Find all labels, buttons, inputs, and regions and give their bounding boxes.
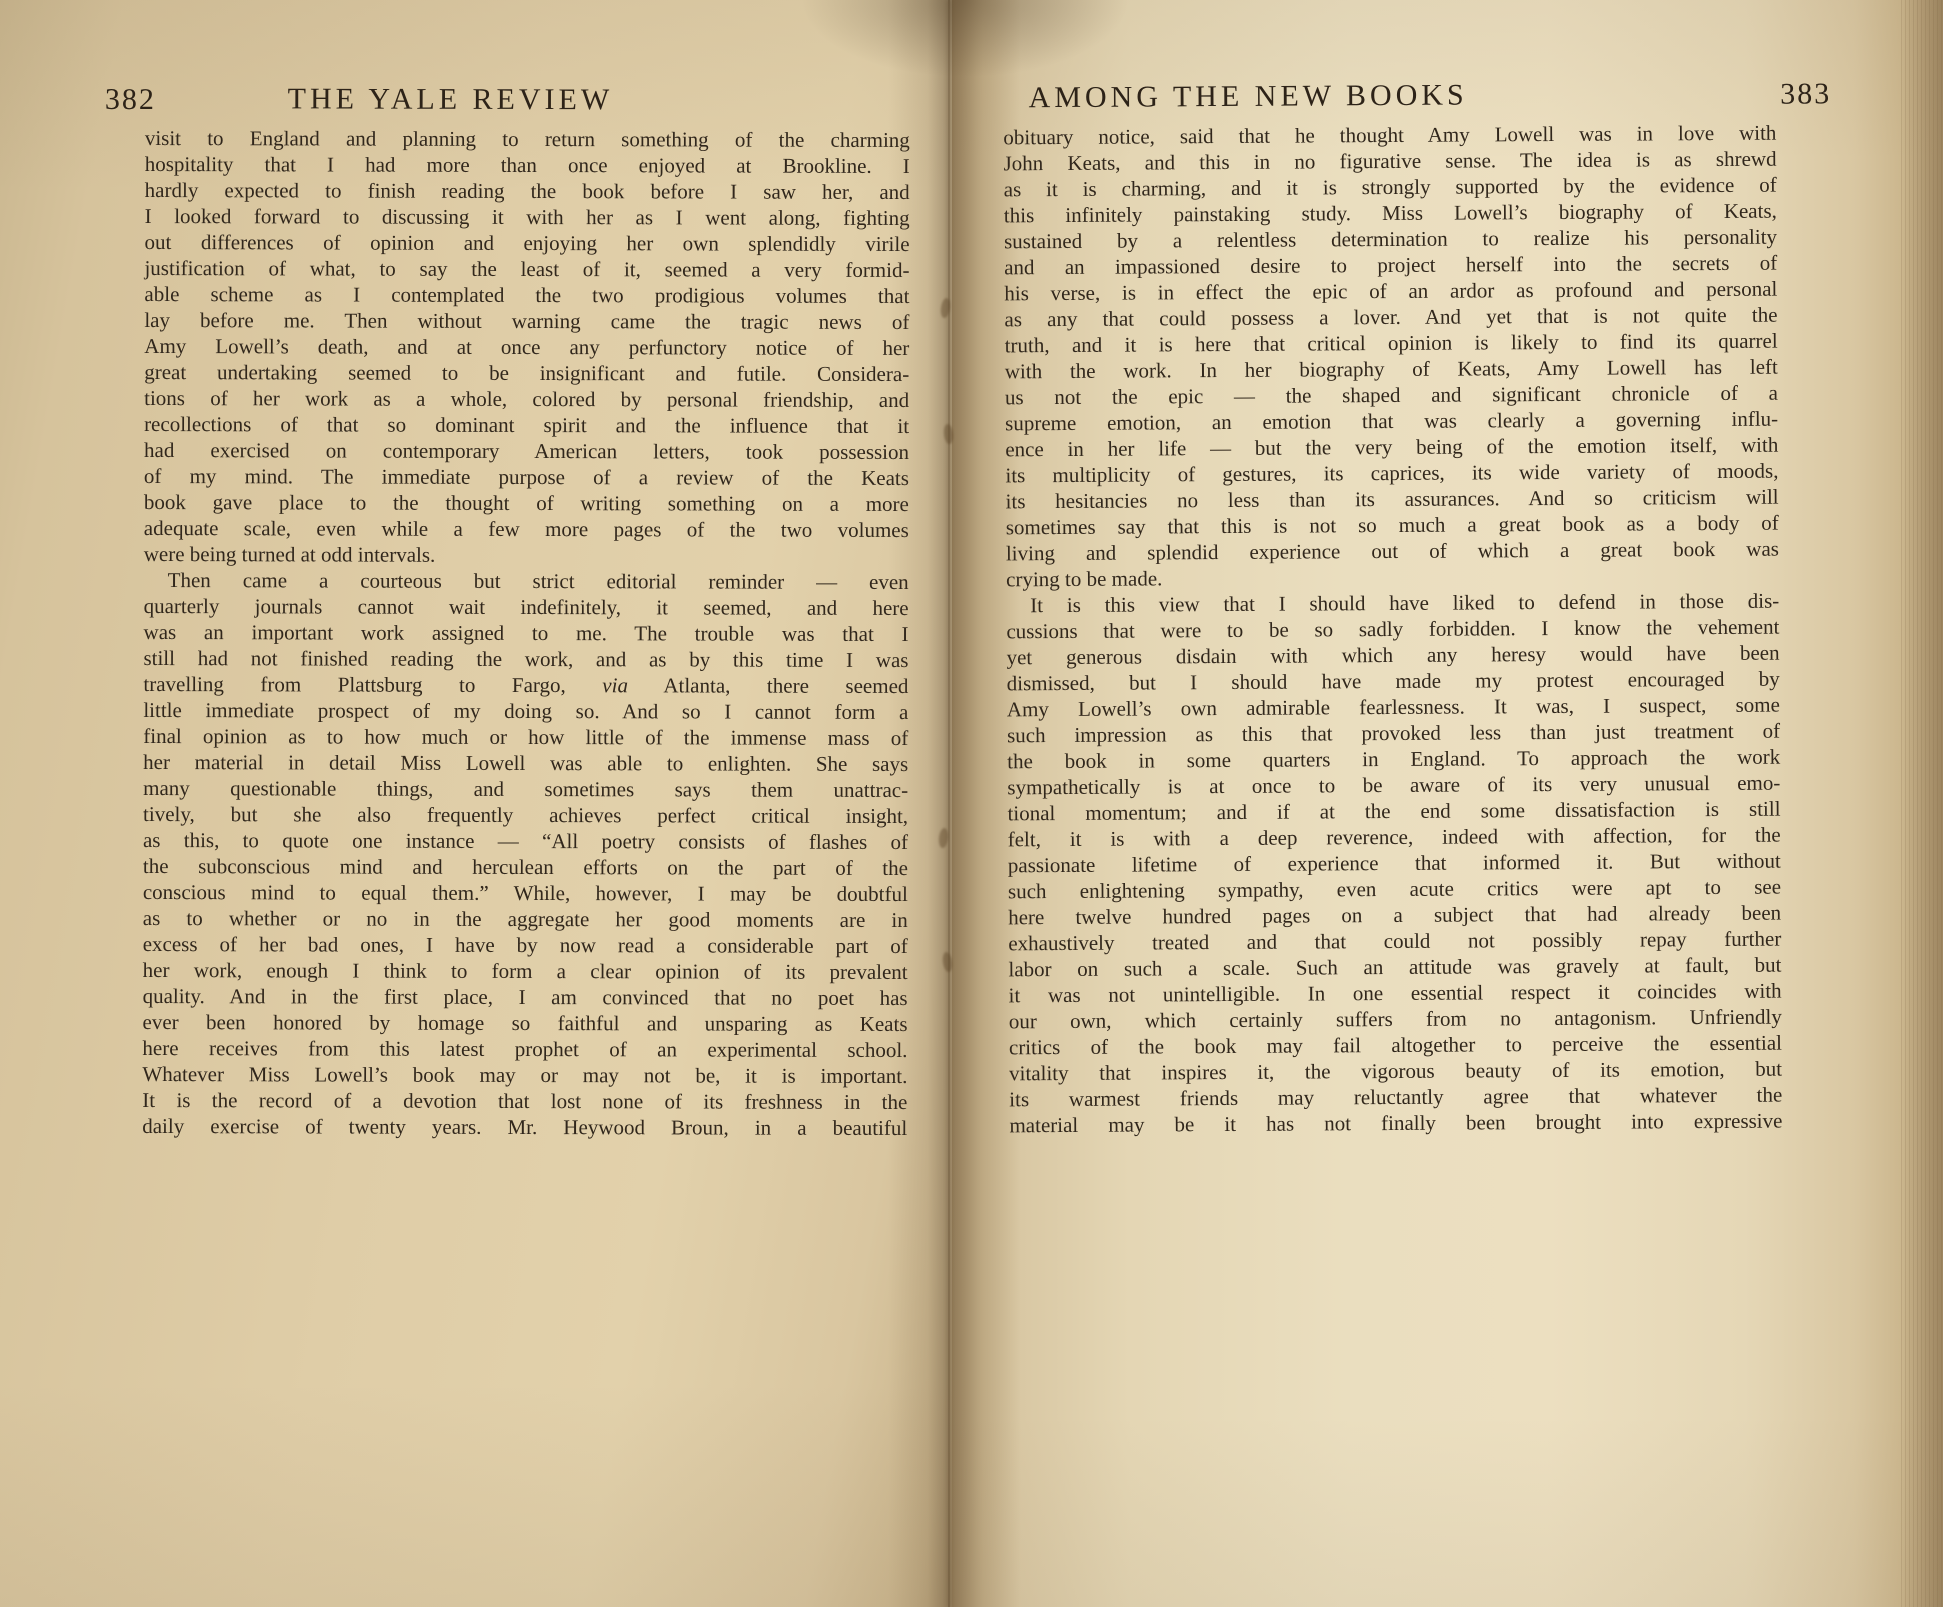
text-line: tively, but she also frequently achieves… xyxy=(143,801,908,829)
text-line: adequate scale, even while a few more pa… xyxy=(144,515,909,543)
text-line: ever been honored by homage so faithful … xyxy=(142,1009,907,1037)
text-line: book gave place to the thought of writin… xyxy=(144,489,909,517)
text-line: Amy Lowell’s death, and at once any perf… xyxy=(144,333,909,361)
gutter-top-shadow xyxy=(800,0,1130,78)
left-running-head: 382 THE YALE REVIEW xyxy=(145,75,910,127)
left-running-title: THE YALE REVIEW xyxy=(145,82,756,118)
text-line: material may be it has not finally been … xyxy=(1009,1108,1782,1139)
text-line: had exercised on contemporary American l… xyxy=(144,437,909,465)
text-line: final opinion as to how much or how litt… xyxy=(143,723,908,751)
right-running-title: AMONG THE NEW BOOKS xyxy=(1003,78,1493,115)
text-line: were being turned at odd intervals. xyxy=(144,541,909,569)
text-line: lay before me. Then without warning came… xyxy=(144,307,909,335)
text-line: recollections of that so dominant spirit… xyxy=(144,411,909,439)
text-line: excess of her bad ones, I have by now re… xyxy=(143,931,908,959)
text-line: of my mind. The immediate purpose of a r… xyxy=(144,463,909,491)
text-line: out differences of opinion and enjoying … xyxy=(145,229,910,257)
text-line: It is the record of a devotion that lost… xyxy=(142,1087,907,1115)
text-line: her material in detail Miss Lowell was a… xyxy=(143,749,908,777)
left-page: 382 THE YALE REVIEW visit to England and… xyxy=(0,0,952,1607)
book-spread: 382 THE YALE REVIEW visit to England and… xyxy=(0,0,1943,1607)
text-line: little immediate prospect of my doing so… xyxy=(143,697,908,725)
text-line: was an important work assigned to me. Th… xyxy=(144,619,909,647)
right-page: AMONG THE NEW BOOKS 383 obituary notice,… xyxy=(952,0,1943,1607)
text-line: travelling from Plattsburg to Fargo, via… xyxy=(143,671,908,699)
text-line: here receives from this latest prophet o… xyxy=(142,1035,907,1063)
text-line: hardly expected to finish reading the bo… xyxy=(145,177,910,205)
text-line: living and splendid experience out of wh… xyxy=(1006,536,1779,567)
text-line: quality. And in the first place, I am co… xyxy=(143,983,908,1011)
gutter-ridge xyxy=(948,0,950,1607)
right-page-number: 383 xyxy=(1780,77,1831,111)
text-line: justification of what, to say the least … xyxy=(144,255,909,283)
text-line: tions of her work as a whole, colored by… xyxy=(144,385,909,413)
left-page-text: visit to England and planning to return … xyxy=(142,125,910,1141)
text-line: able scheme as I contemplated the two pr… xyxy=(144,281,909,309)
right-page-text: obituary notice, said that he thought Am… xyxy=(1003,120,1782,1139)
text-line: her work, enough I think to form a clear… xyxy=(143,957,908,985)
left-text-block: 382 THE YALE REVIEW visit to England and… xyxy=(142,75,910,1141)
text-line: as to whether or no in the aggregate her… xyxy=(143,905,908,933)
text-line: quarterly journals cannot wait indefinit… xyxy=(144,593,909,621)
text-line: Whatever Miss Lowell’s book may or may n… xyxy=(142,1061,907,1089)
text-line: conscious mind to equal them.” While, ho… xyxy=(143,879,908,907)
text-line: I looked forward to discussing it with h… xyxy=(145,203,910,231)
text-line: Then came a courteous but strict editori… xyxy=(144,567,909,595)
text-line: still had not finished reading the work,… xyxy=(143,645,908,673)
text-line: many questionable things, and sometimes … xyxy=(143,775,908,803)
right-text-block: AMONG THE NEW BOOKS 383 obituary notice,… xyxy=(1003,70,1782,1139)
text-line: visit to England and planning to return … xyxy=(145,125,910,153)
text-line: the subconscious mind and herculean effo… xyxy=(143,853,908,881)
page-edges xyxy=(1901,0,1943,1607)
text-line: daily exercise of twenty years. Mr. Heyw… xyxy=(142,1113,907,1141)
text-line: as this, to quote one instance — “All po… xyxy=(143,827,908,855)
text-line: hospitality that I had more than once en… xyxy=(145,151,910,179)
text-line: great undertaking seemed to be insignifi… xyxy=(144,359,909,387)
